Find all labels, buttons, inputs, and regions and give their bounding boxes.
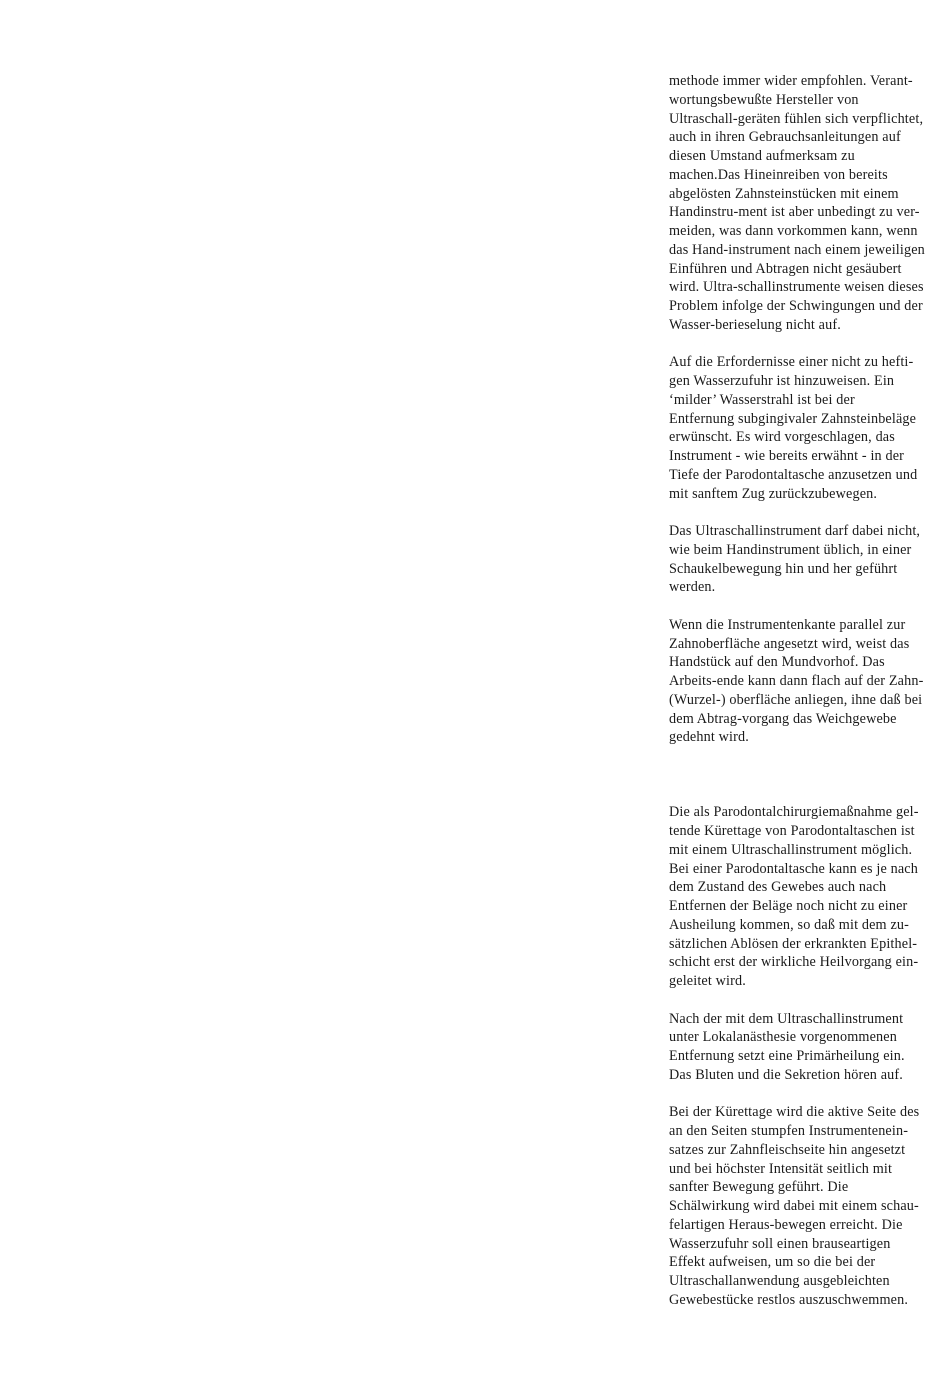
text-line: Entfernung setzt eine Primärheilung ein. xyxy=(669,1047,950,1066)
text-line: Tiefe der Parodontaltasche anzusetzen un… xyxy=(669,466,950,485)
text-line: Nach der mit dem Ultraschallinstrument xyxy=(669,1010,950,1029)
text-line: Wasser-berieselung nicht auf. xyxy=(669,316,950,335)
text-line: Das Ultraschallinstrument darf dabei nic… xyxy=(669,522,950,541)
text-line: (Wurzel-) oberfläche anliegen, ihne daß … xyxy=(669,691,950,710)
text-line: Entfernen der Beläge noch nicht zu einer xyxy=(669,897,950,916)
text-line: Wenn die Instrumentenkante parallel zur xyxy=(669,616,950,635)
text-line: mit einem Ultraschallinstrument möglich. xyxy=(669,841,950,860)
text-line: methode immer wider empfohlen. Verant- xyxy=(669,72,950,91)
text-line: Effekt aufweisen, um so die bei der xyxy=(669,1253,950,1272)
text-line: Instrument - wie bereits erwähnt - in de… xyxy=(669,447,950,466)
paragraph-6: Nach der mit dem Ultraschallinstrument u… xyxy=(669,1010,950,1085)
text-line: wortungsbewußte Hersteller von xyxy=(669,91,950,110)
paragraph-7: Bei der Kürettage wird die aktive Seite … xyxy=(669,1103,950,1309)
paragraph-5: Die als Parodontalchirurgiemaßnahme gel-… xyxy=(669,803,950,991)
text-line: werden. xyxy=(669,578,950,597)
text-line: Ultraschall-geräten fühlen sich verpflic… xyxy=(669,110,950,129)
text-line: abgelösten Zahnsteinstücken mit einem xyxy=(669,185,950,204)
text-line: tende Kürettage von Parodontaltaschen is… xyxy=(669,822,950,841)
text-line: Zahnoberfläche angesetzt wird, weist das xyxy=(669,635,950,654)
text-line: Entfernung subgingivaler Zahnsteinbeläge xyxy=(669,410,950,429)
paragraph-3: Das Ultraschallinstrument darf dabei nic… xyxy=(669,522,950,597)
text-line: Einführen und Abtragen nicht gesäubert xyxy=(669,260,950,279)
text-line: dem Zustand des Gewebes auch nach xyxy=(669,878,950,897)
paragraph-1: methode immer wider empfohlen. Verant- w… xyxy=(669,72,950,335)
text-line: dem Abtrag-vorgang das Weichgewebe xyxy=(669,710,950,729)
text-line: wie beim Handinstrument üblich, in einer xyxy=(669,541,950,560)
text-line: Ausheilung kommen, so daß mit dem zu- xyxy=(669,916,950,935)
text-line: Problem infolge der Schwingungen und der xyxy=(669,297,950,316)
text-line: ‘milder’ Wasserstrahl ist bei der xyxy=(669,391,950,410)
text-line: an den Seiten stumpfen Instrumentenein- xyxy=(669,1122,950,1141)
text-line: meiden, was dann vorkommen kann, wenn xyxy=(669,222,950,241)
text-line: Schaukelbewegung hin und her geführt xyxy=(669,560,950,579)
text-line: Wasserzufuhr soll einen brauseartigen xyxy=(669,1235,950,1254)
paragraph-2: Auf die Erfordernisse einer nicht zu hef… xyxy=(669,353,950,503)
text-line: Arbeits-ende kann dann flach auf der Zah… xyxy=(669,672,950,691)
text-line: satzes zur Zahnfleischseite hin angesetz… xyxy=(669,1141,950,1160)
text-line: erwünscht. Es wird vorgeschlagen, das xyxy=(669,428,950,447)
text-line: das Hand-instrument nach einem jeweilige… xyxy=(669,241,950,260)
text-line: Bei der Kürettage wird die aktive Seite … xyxy=(669,1103,950,1122)
text-line: wird. Ultra-schallinstrumente weisen die… xyxy=(669,278,950,297)
text-line: Bei einer Parodontaltasche kann es je na… xyxy=(669,860,950,879)
text-line: Gewebestücke restlos auszuschwemmen. xyxy=(669,1291,950,1310)
text-line: Auf die Erfordernisse einer nicht zu hef… xyxy=(669,353,950,372)
text-line: schicht erst der wirkliche Heilvorgang e… xyxy=(669,953,950,972)
text-line: auch in ihren Gebrauchsanleitungen auf xyxy=(669,128,950,147)
text-line: felartigen Heraus-bewegen erreicht. Die xyxy=(669,1216,950,1235)
text-line: mit sanftem Zug zurückzubewegen. xyxy=(669,485,950,504)
text-line: sätzlichen Ablösen der erkrankten Epithe… xyxy=(669,935,950,954)
paragraph-4: Wenn die Instrumentenkante parallel zur … xyxy=(669,616,950,747)
text-line: machen.Das Hineinreiben von bereits xyxy=(669,166,950,185)
text-line: Das Bluten und die Sekretion hören auf. xyxy=(669,1066,950,1085)
text-line: gen Wasserzufuhr ist hinzuweisen. Ein xyxy=(669,372,950,391)
text-line: Handinstru-ment ist aber unbedingt zu ve… xyxy=(669,203,950,222)
section-spacer xyxy=(669,766,950,804)
text-line: und bei höchster Intensität seitlich mit xyxy=(669,1160,950,1179)
text-line: sanfter Bewegung geführt. Die xyxy=(669,1178,950,1197)
text-line: Ultraschallanwendung ausgebleichten xyxy=(669,1272,950,1291)
text-line: Die als Parodontalchirurgiemaßnahme gel- xyxy=(669,803,950,822)
text-line: Schälwirkung wird dabei mit einem schau- xyxy=(669,1197,950,1216)
text-line: diesen Umstand aufmerksam zu xyxy=(669,147,950,166)
text-line: unter Lokalanästhesie vorgenommenen xyxy=(669,1028,950,1047)
text-line: geleitet wird. xyxy=(669,972,950,991)
text-column: methode immer wider empfohlen. Verant- w… xyxy=(669,72,950,1328)
text-line: Handstück auf den Mundvorhof. Das xyxy=(669,653,950,672)
text-line: gedehnt wird. xyxy=(669,728,950,747)
